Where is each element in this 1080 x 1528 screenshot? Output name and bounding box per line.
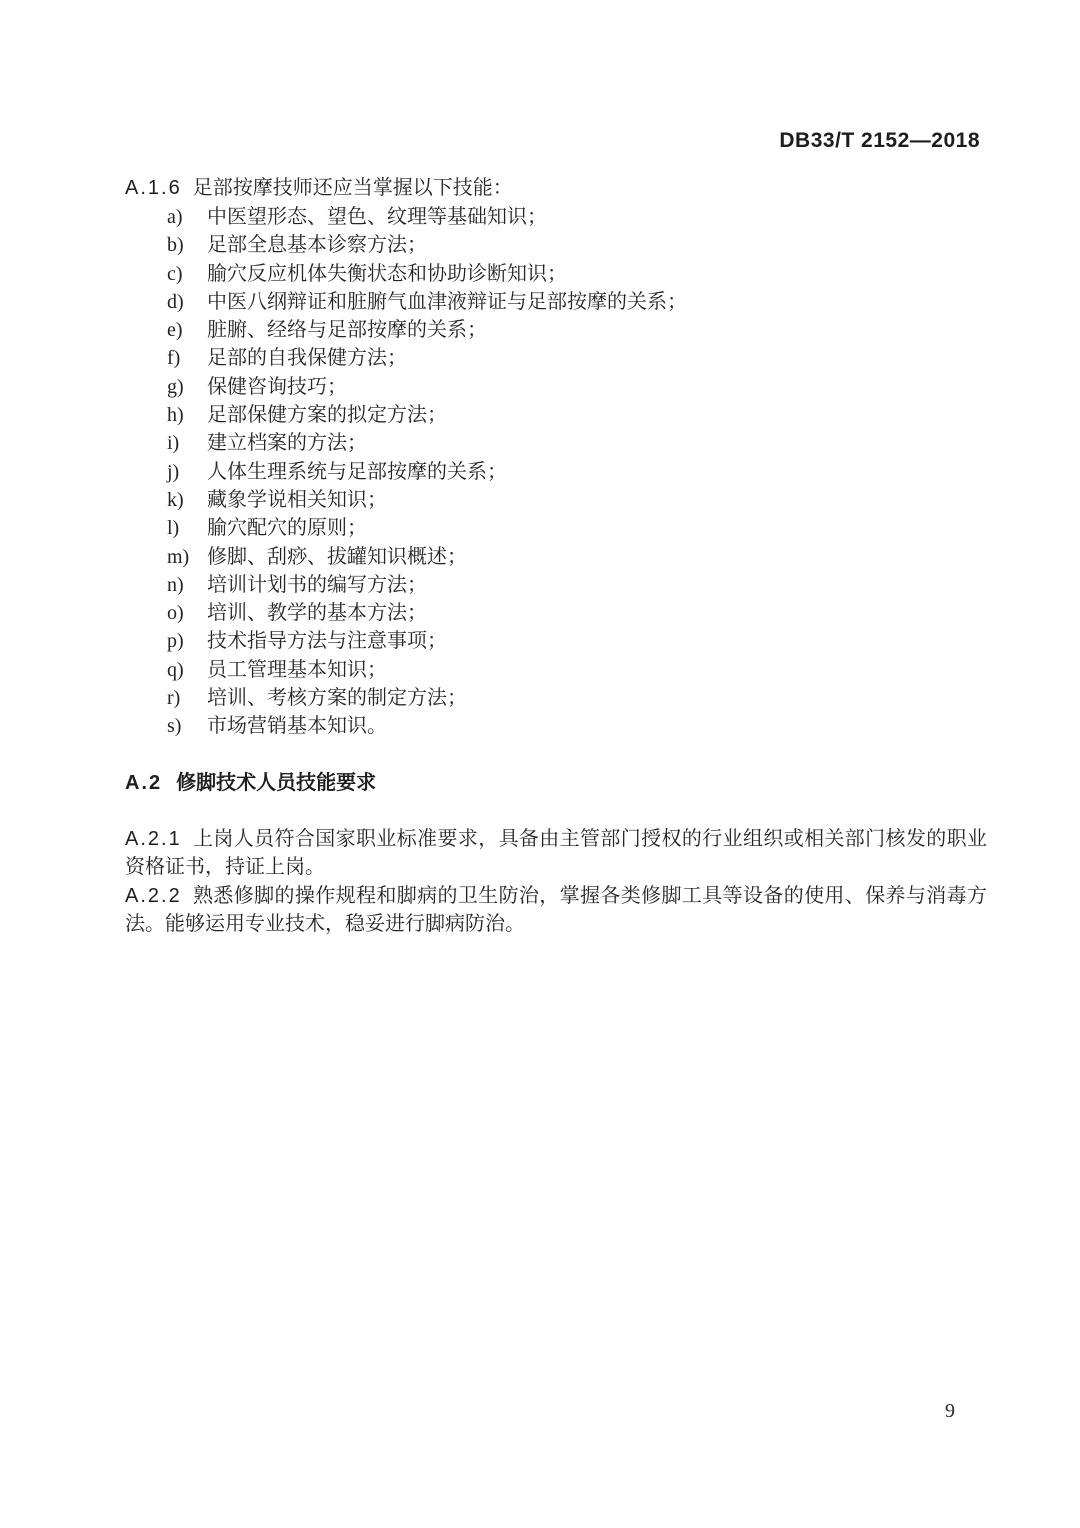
list-item-text: 足部保健方案的拟定方法； <box>207 404 447 426</box>
section-a2-title: 修脚技术人员技能要求 <box>176 772 376 794</box>
clause-a16-title: 足部按摩技师还应当掌握以下技能： <box>193 177 513 199</box>
list-item-text: 足部全息基本诊察方法； <box>207 234 427 256</box>
list-item-marker: o) <box>167 599 207 627</box>
list-item-text: 市场营销基本知识。 <box>207 715 387 737</box>
list-item-text: 中医八纲辩证和脏腑气血津液辩证与足部按摩的关系； <box>207 291 687 313</box>
list-item: r)培训、考核方案的制定方法； <box>125 684 986 712</box>
clause-a21-number: A.2.1 <box>125 828 182 850</box>
list-item: s)市场营销基本知识。 <box>125 712 986 740</box>
list-item-marker: g) <box>167 373 207 401</box>
list-item-text: 人体生理系统与足部按摩的关系； <box>207 461 507 483</box>
list-item-text: 中医望形态、望色、纹理等基础知识； <box>207 206 547 228</box>
clause-a22-text: 熟悉修脚的操作规程和脚病的卫生防治，掌握各类修脚工具等设备的使用、保养与消毒方法… <box>125 885 987 935</box>
list-item: e)脏腑、经络与足部按摩的关系； <box>125 316 986 344</box>
list-item-text: 建立档案的方法； <box>207 432 367 454</box>
list-item: p)技术指导方法与注意事项； <box>125 627 986 655</box>
list-item-marker: k) <box>167 486 207 514</box>
list-item: k)藏象学说相关知识； <box>125 486 986 514</box>
list-item-marker: q) <box>167 656 207 684</box>
page-number: 9 <box>945 1400 955 1423</box>
clause-a22-paragraph: A.2.2熟悉修脚的操作规程和脚病的卫生防治，掌握各类修脚工具等设备的使用、保养… <box>125 882 987 939</box>
list-item-text: 培训计划书的编写方法； <box>207 574 427 596</box>
document-page: { "page": { "header_ref": "DB33/T 2152—2… <box>0 0 1080 1528</box>
list-item-marker: h) <box>167 401 207 429</box>
list-item-marker: f) <box>167 344 207 372</box>
list-item: i)建立档案的方法； <box>125 429 986 457</box>
list-item-text: 修脚、刮痧、拔罐知识概述； <box>207 546 467 568</box>
list-item-marker: a) <box>167 203 207 231</box>
list-item-marker: i) <box>167 429 207 457</box>
list-item-text: 员工管理基本知识； <box>207 659 387 681</box>
list-item-text: 腧穴配穴的原则； <box>207 517 367 539</box>
list-item: n)培训计划书的编写方法； <box>125 571 986 599</box>
list-item-marker: c) <box>167 260 207 288</box>
list-item-text: 脏腑、经络与足部按摩的关系； <box>207 319 487 341</box>
list-item-text: 技术指导方法与注意事项； <box>207 630 447 652</box>
list-item: h)足部保健方案的拟定方法； <box>125 401 986 429</box>
list-item-marker: n) <box>167 571 207 599</box>
standard-reference-header: DB33/T 2152—2018 <box>779 129 980 153</box>
list-item-marker: m) <box>167 543 207 571</box>
list-item-marker: d) <box>167 288 207 316</box>
list-item: q)员工管理基本知识； <box>125 656 986 684</box>
list-item-marker: s) <box>167 712 207 740</box>
list-item-marker: p) <box>167 627 207 655</box>
list-item: o)培训、教学的基本方法； <box>125 599 986 627</box>
clause-a16-number: A.1.6 <box>125 177 182 199</box>
section-a2-heading: A.2修脚技术人员技能要求 <box>125 770 376 796</box>
list-item-text: 培训、考核方案的制定方法； <box>207 687 467 709</box>
list-item: b)足部全息基本诊察方法； <box>125 231 986 259</box>
list-item: d)中医八纲辩证和脏腑气血津液辩证与足部按摩的关系； <box>125 288 986 316</box>
list-item-text: 藏象学说相关知识； <box>207 489 387 511</box>
clause-a22-number: A.2.2 <box>125 885 182 907</box>
clause-a21-paragraph: A.2.1上岗人员符合国家职业标准要求，具备由主管部门授权的行业组织或相关部门核… <box>125 825 987 882</box>
clause-a21-text: 上岗人员符合国家职业标准要求，具备由主管部门授权的行业组织或相关部门核发的职业资… <box>125 828 987 878</box>
list-item: a)中医望形态、望色、纹理等基础知识； <box>125 203 986 231</box>
list-item-marker: l) <box>167 514 207 542</box>
list-item: f)足部的自我保健方法； <box>125 344 986 372</box>
list-item: c)腧穴反应机体失衡状态和协助诊断知识； <box>125 260 986 288</box>
list-item-text: 足部的自我保健方法； <box>207 347 407 369</box>
list-item-marker: e) <box>167 316 207 344</box>
list-item-text: 培训、教学的基本方法； <box>207 602 427 624</box>
list-item-text: 保健咨询技巧； <box>207 376 347 398</box>
list-item-text: 腧穴反应机体失衡状态和协助诊断知识； <box>207 263 567 285</box>
list-item-marker: b) <box>167 231 207 259</box>
clause-a16-line: A.1.6足部按摩技师还应当掌握以下技能： <box>125 174 986 202</box>
list-item: j)人体生理系统与足部按摩的关系； <box>125 458 986 486</box>
list-item: l)腧穴配穴的原则； <box>125 514 986 542</box>
section-a2-number: A.2 <box>125 772 162 794</box>
list-item: m)修脚、刮痧、拔罐知识概述； <box>125 543 986 571</box>
skill-list: a)中医望形态、望色、纹理等基础知识；b)足部全息基本诊察方法；c)腧穴反应机体… <box>125 203 986 741</box>
list-item-marker: j) <box>167 458 207 486</box>
list-item: g)保健咨询技巧； <box>125 373 986 401</box>
list-item-marker: r) <box>167 684 207 712</box>
